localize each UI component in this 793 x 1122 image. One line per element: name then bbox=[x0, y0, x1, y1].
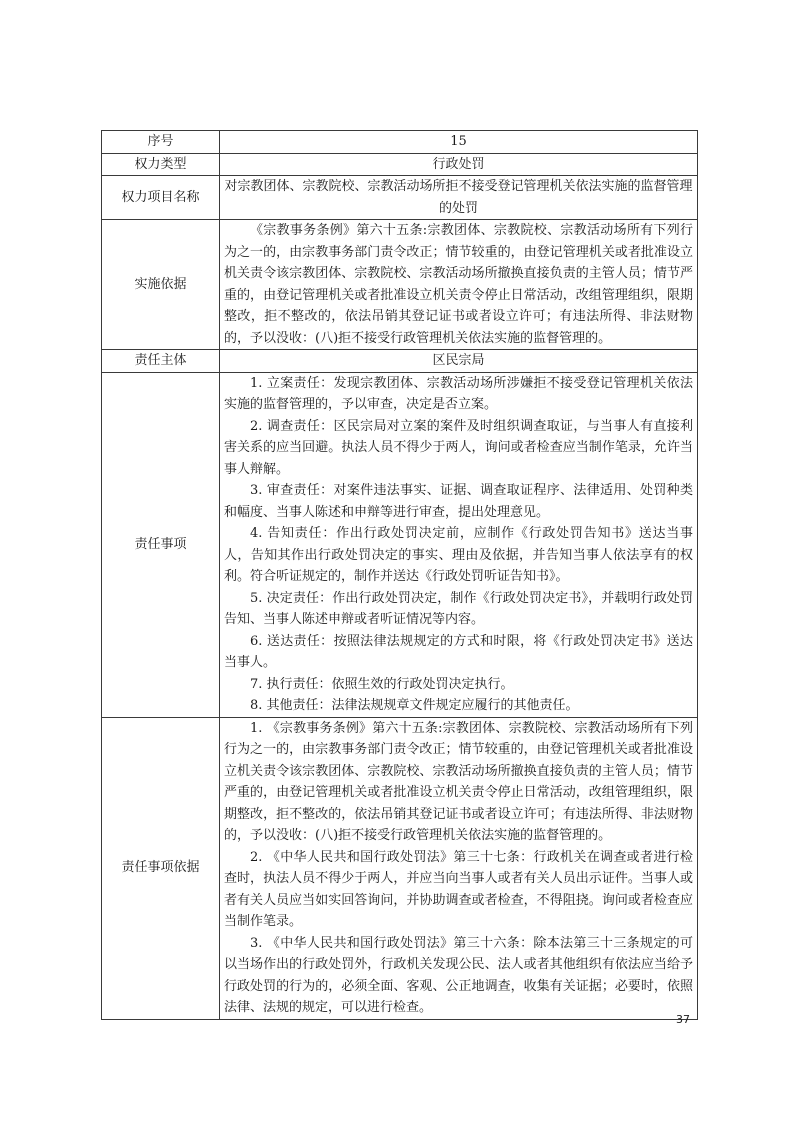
basis-item: 3. 《中华人民共和国行政处罚法》第三十六条：除本法第三十三条规定的可以当场作出… bbox=[224, 933, 693, 1019]
row-serial-number: 序号 15 bbox=[102, 131, 698, 154]
value-power-type: 行政处罚 bbox=[220, 153, 698, 176]
label-legal-basis: 实施依据 bbox=[102, 220, 220, 350]
value-serial-number: 15 bbox=[220, 131, 698, 154]
legal-basis-paragraph: 《宗教事务条例》第六十五条:宗教团体、宗教院校、宗教活动场所有下列行为之一的，由… bbox=[224, 220, 693, 349]
label-power-type: 权力类型 bbox=[102, 153, 220, 176]
responsibility-item: 7. 执行责任：依照生效的行政处罚决定执行。 bbox=[224, 674, 693, 696]
basis-item: 2. 《中华人民共和国行政处罚法》第三十七条：行政机关在调查或者进行检查时，执法… bbox=[224, 847, 693, 933]
value-item-name: 对宗教团体、宗教院校、宗教活动场所拒不接受登记管理机关依法实施的监督管理的处罚 bbox=[220, 176, 698, 220]
label-item-name: 权力项目名称 bbox=[102, 176, 220, 220]
responsibility-item: 4. 告知责任：作出行政处罚决定前，应制作《行政处罚告知书》送达当事人，告知其作… bbox=[224, 523, 693, 588]
value-responsible-entity: 区民宗局 bbox=[220, 350, 698, 373]
value-responsibilities: 1. 立案责任：发现宗教团体、宗教活动场所涉嫌拒不接受登记管理机关依法实施的监督… bbox=[220, 372, 698, 717]
row-responsibilities: 责任事项 1. 立案责任：发现宗教团体、宗教活动场所涉嫌拒不接受登记管理机关依法… bbox=[102, 372, 698, 717]
label-serial-number: 序号 bbox=[102, 131, 220, 154]
row-legal-basis: 实施依据 《宗教事务条例》第六十五条:宗教团体、宗教院校、宗教活动场所有下列行为… bbox=[102, 220, 698, 350]
row-item-name: 权力项目名称 对宗教团体、宗教院校、宗教活动场所拒不接受登记管理机关依法实施的监… bbox=[102, 176, 698, 220]
row-responsible-entity: 责任主体 区民宗局 bbox=[102, 350, 698, 373]
label-responsible-entity: 责任主体 bbox=[102, 350, 220, 373]
value-responsibility-basis: 1. 《宗教事务条例》第六十五条:宗教团体、宗教院校、宗教活动场所有下列行为之一… bbox=[220, 717, 698, 1019]
responsibility-item: 1. 立案责任：发现宗教团体、宗教活动场所涉嫌拒不接受登记管理机关依法实施的监督… bbox=[224, 373, 693, 416]
responsibility-item: 5. 决定责任：作出行政处罚决定，制作《行政处罚决定书》，并载明行政处罚告知、当… bbox=[224, 588, 693, 631]
page-number: 37 bbox=[676, 1013, 690, 1026]
label-responsibilities: 责任事项 bbox=[102, 372, 220, 717]
row-power-type: 权力类型 行政处罚 bbox=[102, 153, 698, 176]
label-responsibility-basis: 责任事项依据 bbox=[102, 717, 220, 1019]
basis-item: 1. 《宗教事务条例》第六十五条:宗教团体、宗教院校、宗教活动场所有下列行为之一… bbox=[224, 718, 693, 847]
row-responsibility-basis: 责任事项依据 1. 《宗教事务条例》第六十五条:宗教团体、宗教院校、宗教活动场所… bbox=[102, 717, 698, 1019]
value-legal-basis: 《宗教事务条例》第六十五条:宗教团体、宗教院校、宗教活动场所有下列行为之一的，由… bbox=[220, 220, 698, 350]
responsibility-item: 2. 调查责任：区民宗局对立案的案件及时组织调查取证，与当事人有直接利害关系的应… bbox=[224, 416, 693, 481]
responsibility-item: 6. 送达责任：按照法律法规规定的方式和时限，将《行政处罚决定书》送达当事人。 bbox=[224, 631, 693, 674]
responsibility-item: 3. 审查责任：对案件违法事实、证据、调查取证程序、法律适用、处罚种类和幅度、当… bbox=[224, 480, 693, 523]
power-list-table: 序号 15 权力类型 行政处罚 权力项目名称 对宗教团体、宗教院校、宗教活动场所… bbox=[101, 130, 698, 1020]
responsibility-item: 8. 其他责任：法律法规规章文件规定应履行的其他责任。 bbox=[224, 695, 693, 717]
